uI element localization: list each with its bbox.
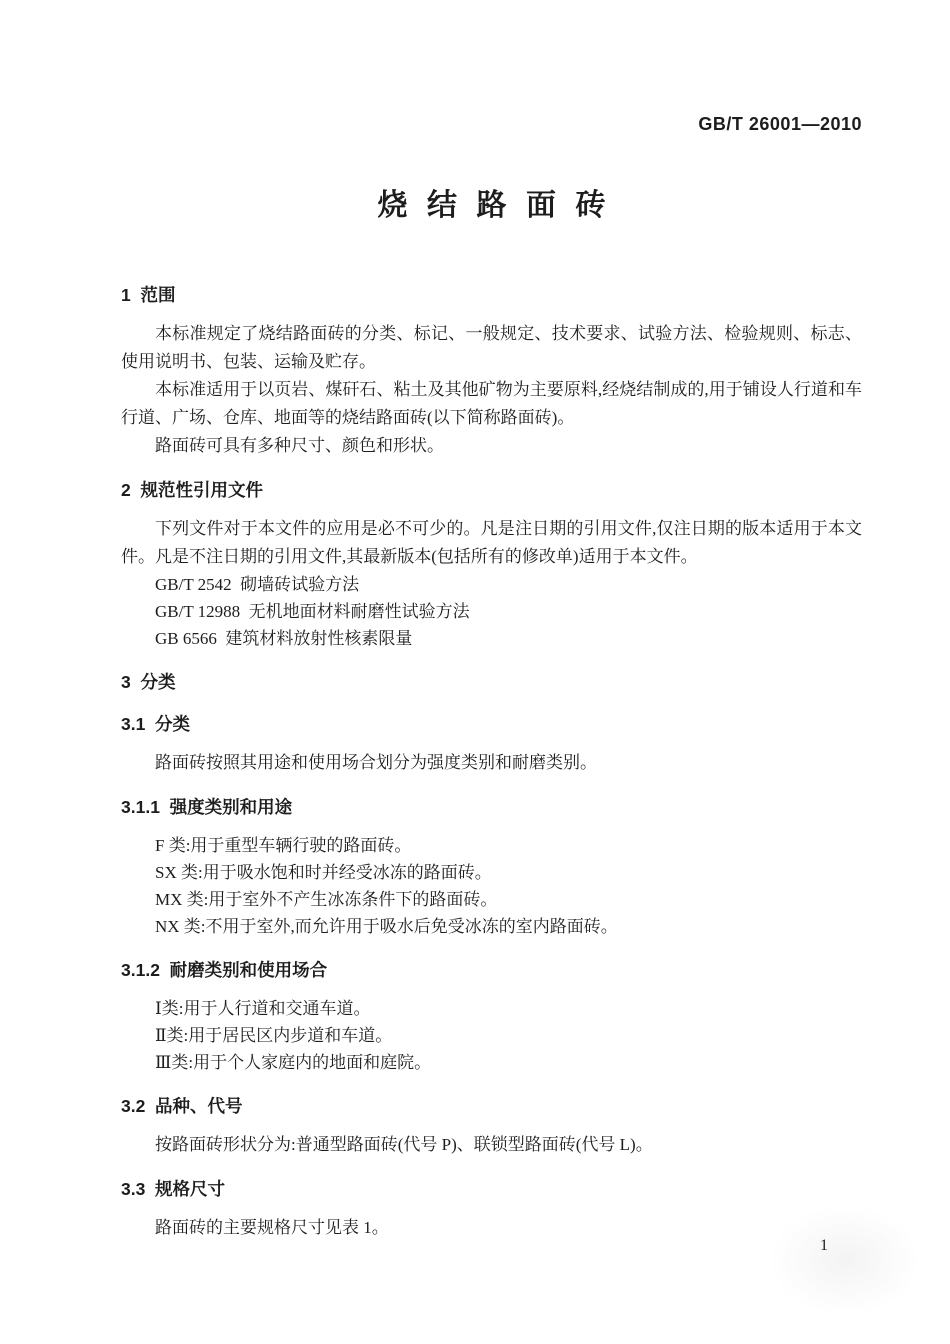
reference-item: GB 6566 建筑材料放射性核素限量 xyxy=(121,625,862,652)
scope-paragraph-3: 路面砖可具有多种尺寸、颜色和形状。 xyxy=(121,432,862,460)
section-3-2-paragraph: 按路面砖形状分为:普通型路面砖(代号 P)、联锁型路面砖(代号 L)。 xyxy=(121,1131,862,1159)
reference-item: GB/T 12988 无机地面材料耐磨性试验方法 xyxy=(121,598,862,625)
abrasion-class-item: Ⅰ类:用于人行道和交通车道。 xyxy=(121,995,862,1022)
standard-number: GB/T 26001—2010 xyxy=(121,113,862,135)
page-content: GB/T 26001—2010 烧结路面砖 1 范围 本标准规定了烧结路面砖的分… xyxy=(0,113,950,1242)
strength-class-item: MX 类:用于室外不产生冰冻条件下的路面砖。 xyxy=(121,886,862,913)
normative-refs-intro: 下列文件对于本文件的应用是必不可少的。凡是注日期的引用文件,仅注日期的版本适用于… xyxy=(121,515,862,571)
section-2-heading: 2 规范性引用文件 xyxy=(121,478,862,502)
section-3-heading: 3 分类 xyxy=(121,670,862,694)
section-1-heading: 1 范围 xyxy=(121,283,862,307)
section-3-2-heading: 3.2 品种、代号 xyxy=(121,1094,862,1118)
strength-class-item: NX 类:不用于室外,而允许用于吸水后免受冰冻的室内路面砖。 xyxy=(121,913,862,940)
abrasion-class-item: Ⅲ类:用于个人家庭内的地面和庭院。 xyxy=(121,1049,862,1076)
section-3-1-1-heading: 3.1.1 强度类别和用途 xyxy=(121,795,862,819)
strength-class-item: F 类:用于重型车辆行驶的路面砖。 xyxy=(121,832,862,859)
document-title: 烧结路面砖 xyxy=(121,185,862,227)
scope-paragraph-1: 本标准规定了烧结路面砖的分类、标记、一般规定、技术要求、试验方法、检验规则、标志… xyxy=(121,320,862,376)
page-number: 1 xyxy=(820,1237,828,1255)
scope-paragraph-2: 本标准适用于以页岩、煤矸石、粘土及其他矿物为主要原料,经烧结制成的,用于铺设人行… xyxy=(121,376,862,432)
strength-class-item: SX 类:用于吸水饱和时并经受冰冻的路面砖。 xyxy=(121,859,862,886)
section-3-1-heading: 3.1 分类 xyxy=(121,712,862,736)
section-3-3-paragraph: 路面砖的主要规格尺寸见表 1。 xyxy=(121,1214,862,1242)
section-3-1-2-heading: 3.1.2 耐磨类别和使用场合 xyxy=(121,958,862,982)
section-3-1-paragraph: 路面砖按照其用途和使用场合划分为强度类别和耐磨类别。 xyxy=(121,749,862,777)
reference-item: GB/T 2542 砌墙砖试验方法 xyxy=(121,571,862,598)
document-page: GB/T 26001—2010 烧结路面砖 1 范围 本标准规定了烧结路面砖的分… xyxy=(0,0,950,1344)
abrasion-class-item: Ⅱ类:用于居民区内步道和车道。 xyxy=(121,1022,862,1049)
section-3-3-heading: 3.3 规格尺寸 xyxy=(121,1177,862,1201)
